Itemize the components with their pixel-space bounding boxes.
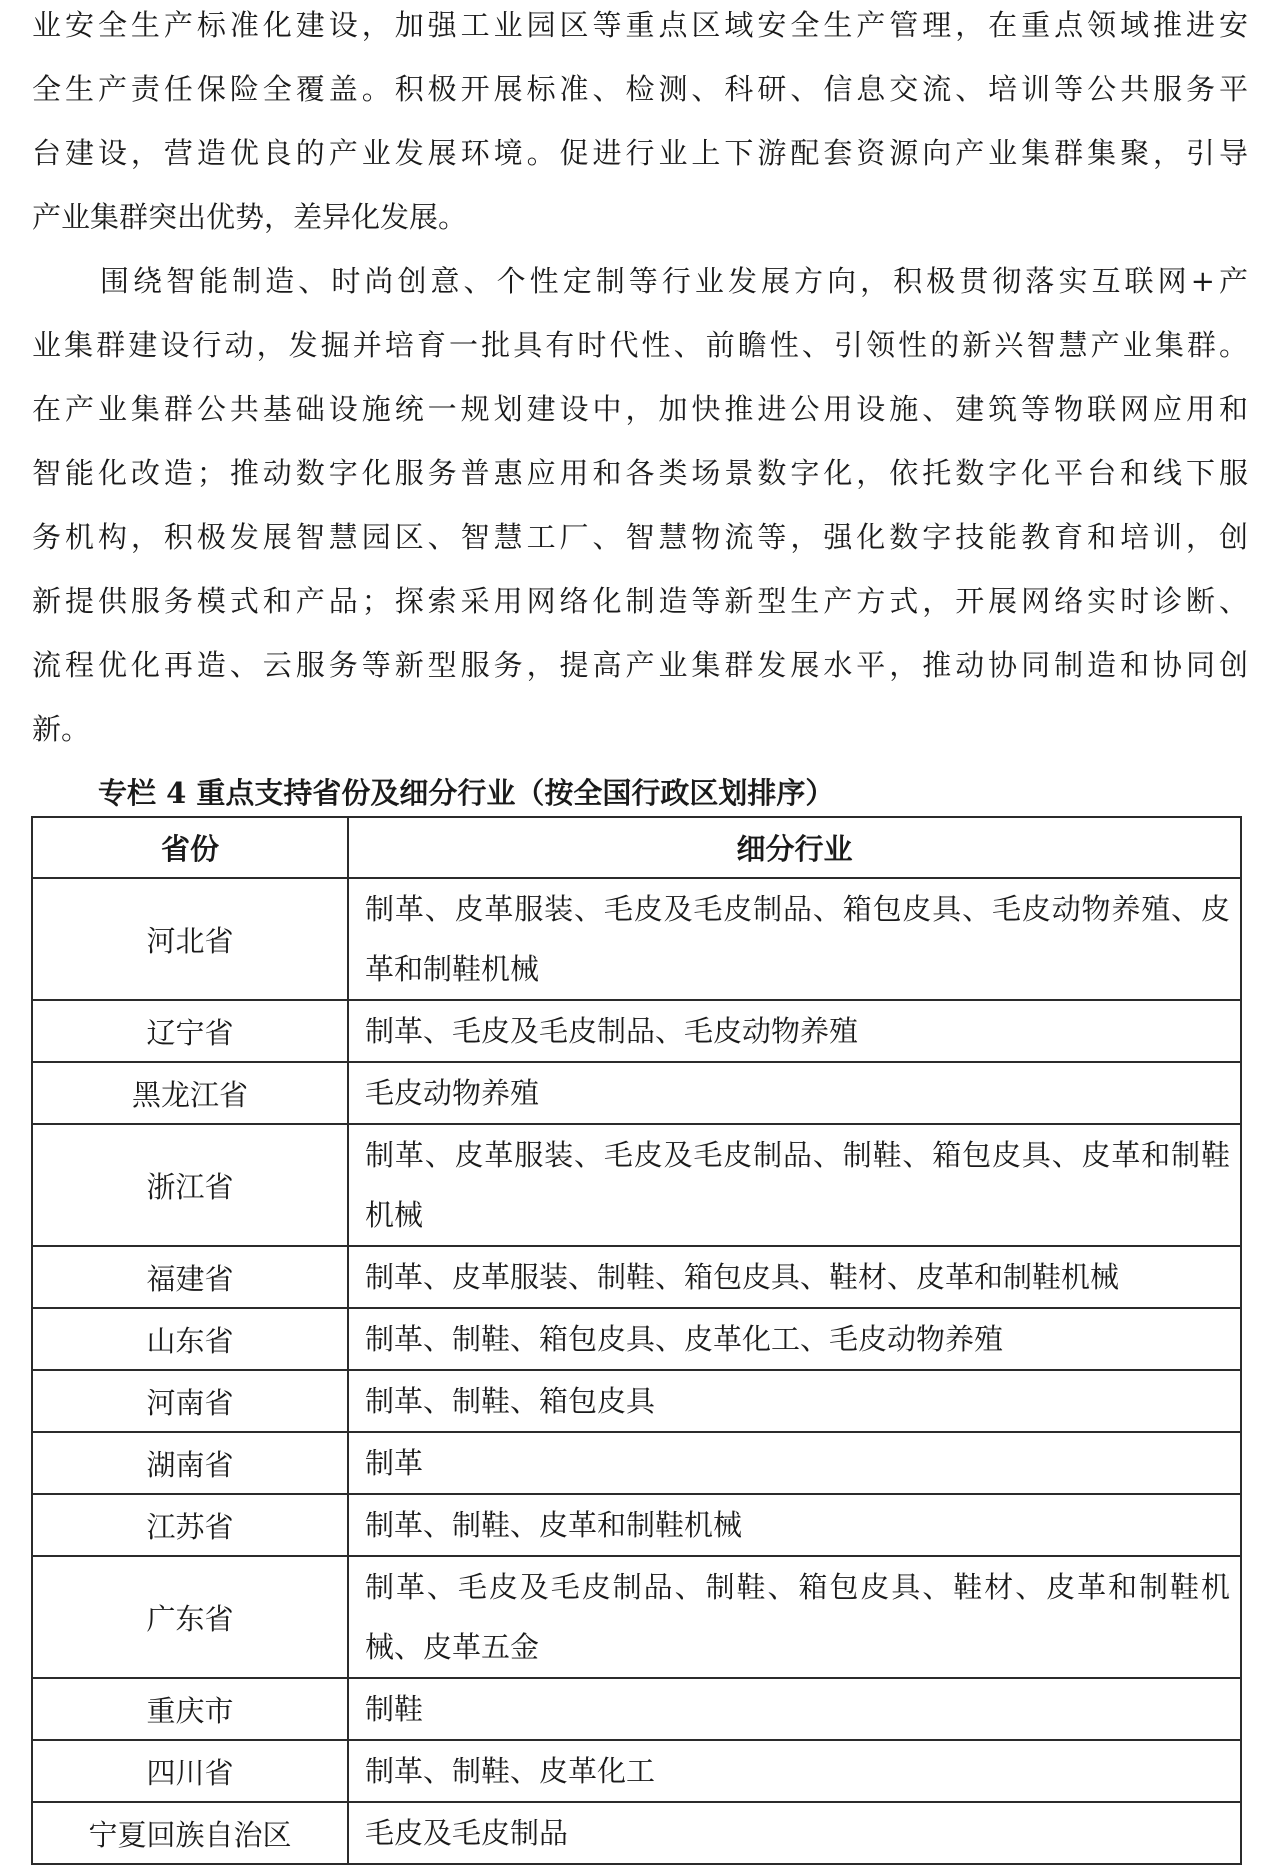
table-row: 山东省 制革、制鞋、箱包皮具、皮革化工、毛皮动物养殖: [32, 1308, 1241, 1370]
industries-cell: 毛皮动物养殖: [348, 1062, 1241, 1124]
table-row: 浙江省 制革、皮革服装、毛皮及毛皮制品、制鞋、箱包皮具、皮革和制鞋机械: [32, 1124, 1241, 1246]
industries-cell: 制鞋: [348, 1678, 1241, 1740]
province-cell: 黑龙江省: [32, 1062, 348, 1124]
body-line: 务机构，积极发展智慧园区、智慧工厂、智慧物流等，强化数字技能教育和培训，创: [32, 505, 1248, 569]
province-cell: 宁夏回族自治区: [32, 1802, 348, 1864]
province-industry-table: 省份 细分行业 河北省 制革、皮革服装、毛皮及毛皮制品、箱包皮具、毛皮动物养殖、…: [31, 816, 1242, 1865]
table-header-row: 省份 细分行业: [32, 817, 1241, 878]
province-cell: 浙江省: [32, 1124, 348, 1246]
industries-cell: 制革、毛皮及毛皮制品、毛皮动物养殖: [348, 1000, 1241, 1062]
industries-cell: 制革、制鞋、皮革和制鞋机械: [348, 1494, 1241, 1556]
table-row: 江苏省 制革、制鞋、皮革和制鞋机械: [32, 1494, 1241, 1556]
body-line: 在产业集群公共基础设施统一规划建设中，加快推进公用设施、建筑等物联网应用和: [32, 377, 1248, 441]
table-row: 辽宁省 制革、毛皮及毛皮制品、毛皮动物养殖: [32, 1000, 1241, 1062]
body-line: 流程优化再造、云服务等新型服务，提高产业集群发展水平，推动协同制造和协同创: [32, 633, 1248, 697]
body-line: 围绕智能制造、时尚创意、个性定制等行业发展方向，积极贯彻落实互联网+产: [100, 249, 1248, 313]
province-cell: 福建省: [32, 1246, 348, 1308]
table-row: 重庆市 制鞋: [32, 1678, 1241, 1740]
body-line: 业集群建设行动，发掘并培育一批具有时代性、前瞻性、引领性的新兴智慧产业集群。: [32, 313, 1248, 377]
industries-cell: 制革、皮革服装、毛皮及毛皮制品、箱包皮具、毛皮动物养殖、皮革和制鞋机械: [348, 878, 1241, 1000]
table-row: 广东省 制革、毛皮及毛皮制品、制鞋、箱包皮具、鞋材、皮革和制鞋机械、皮革五金: [32, 1556, 1241, 1678]
province-cell: 广东省: [32, 1556, 348, 1678]
body-line: 全生产责任保险全覆盖。积极开展标准、检测、科研、信息交流、培训等公共服务平: [32, 57, 1248, 121]
body-line: 新。: [32, 697, 1248, 761]
table-row: 福建省 制革、皮革服装、制鞋、箱包皮具、鞋材、皮革和制鞋机械: [32, 1246, 1241, 1308]
table-row: 四川省 制革、制鞋、皮革化工: [32, 1740, 1241, 1802]
province-cell: 湖南省: [32, 1432, 348, 1494]
province-cell: 四川省: [32, 1740, 348, 1802]
table-row: 宁夏回族自治区 毛皮及毛皮制品: [32, 1802, 1241, 1864]
industries-cell: 制革、制鞋、箱包皮具: [348, 1370, 1241, 1432]
industries-cell: 毛皮及毛皮制品: [348, 1802, 1241, 1864]
province-cell: 河北省: [32, 878, 348, 1000]
table-row: 黑龙江省 毛皮动物养殖: [32, 1062, 1241, 1124]
industries-cell: 制革、制鞋、箱包皮具、皮革化工、毛皮动物养殖: [348, 1308, 1241, 1370]
table-row: 湖南省 制革: [32, 1432, 1241, 1494]
table-row: 河南省 制革、制鞋、箱包皮具: [32, 1370, 1241, 1432]
table-row: 河北省 制革、皮革服装、毛皮及毛皮制品、箱包皮具、毛皮动物养殖、皮革和制鞋机械: [32, 878, 1241, 1000]
column-header-industries: 细分行业: [348, 817, 1241, 878]
body-line: 智能化改造；推动数字化服务普惠应用和各类场景数字化，依托数字化平台和线下服: [32, 441, 1248, 505]
province-cell: 辽宁省: [32, 1000, 348, 1062]
table-caption: 专栏 4 重点支持省份及细分行业（按全国行政区划排序）: [98, 770, 834, 816]
province-cell: 重庆市: [32, 1678, 348, 1740]
body-line: 新提供服务模式和产品；探索采用网络化制造等新型生产方式，开展网络实时诊断、: [32, 569, 1248, 633]
industries-cell: 制革: [348, 1432, 1241, 1494]
column-header-province: 省份: [32, 817, 348, 878]
body-line: 台建设，营造优良的产业发展环境。促进行业上下游配套资源向产业集群集聚，引导: [32, 121, 1248, 185]
province-cell: 江苏省: [32, 1494, 348, 1556]
body-line: 产业集群突出优势，差异化发展。: [32, 185, 1248, 249]
body-line: 业安全生产标准化建设，加强工业园区等重点区域安全生产管理，在重点领域推进安: [32, 0, 1248, 57]
industries-cell: 制革、皮革服装、制鞋、箱包皮具、鞋材、皮革和制鞋机械: [348, 1246, 1241, 1308]
province-cell: 山东省: [32, 1308, 348, 1370]
province-cell: 河南省: [32, 1370, 348, 1432]
industries-cell: 制革、皮革服装、毛皮及毛皮制品、制鞋、箱包皮具、皮革和制鞋机械: [348, 1124, 1241, 1246]
industries-cell: 制革、制鞋、皮革化工: [348, 1740, 1241, 1802]
industries-cell: 制革、毛皮及毛皮制品、制鞋、箱包皮具、鞋材、皮革和制鞋机械、皮革五金: [348, 1556, 1241, 1678]
